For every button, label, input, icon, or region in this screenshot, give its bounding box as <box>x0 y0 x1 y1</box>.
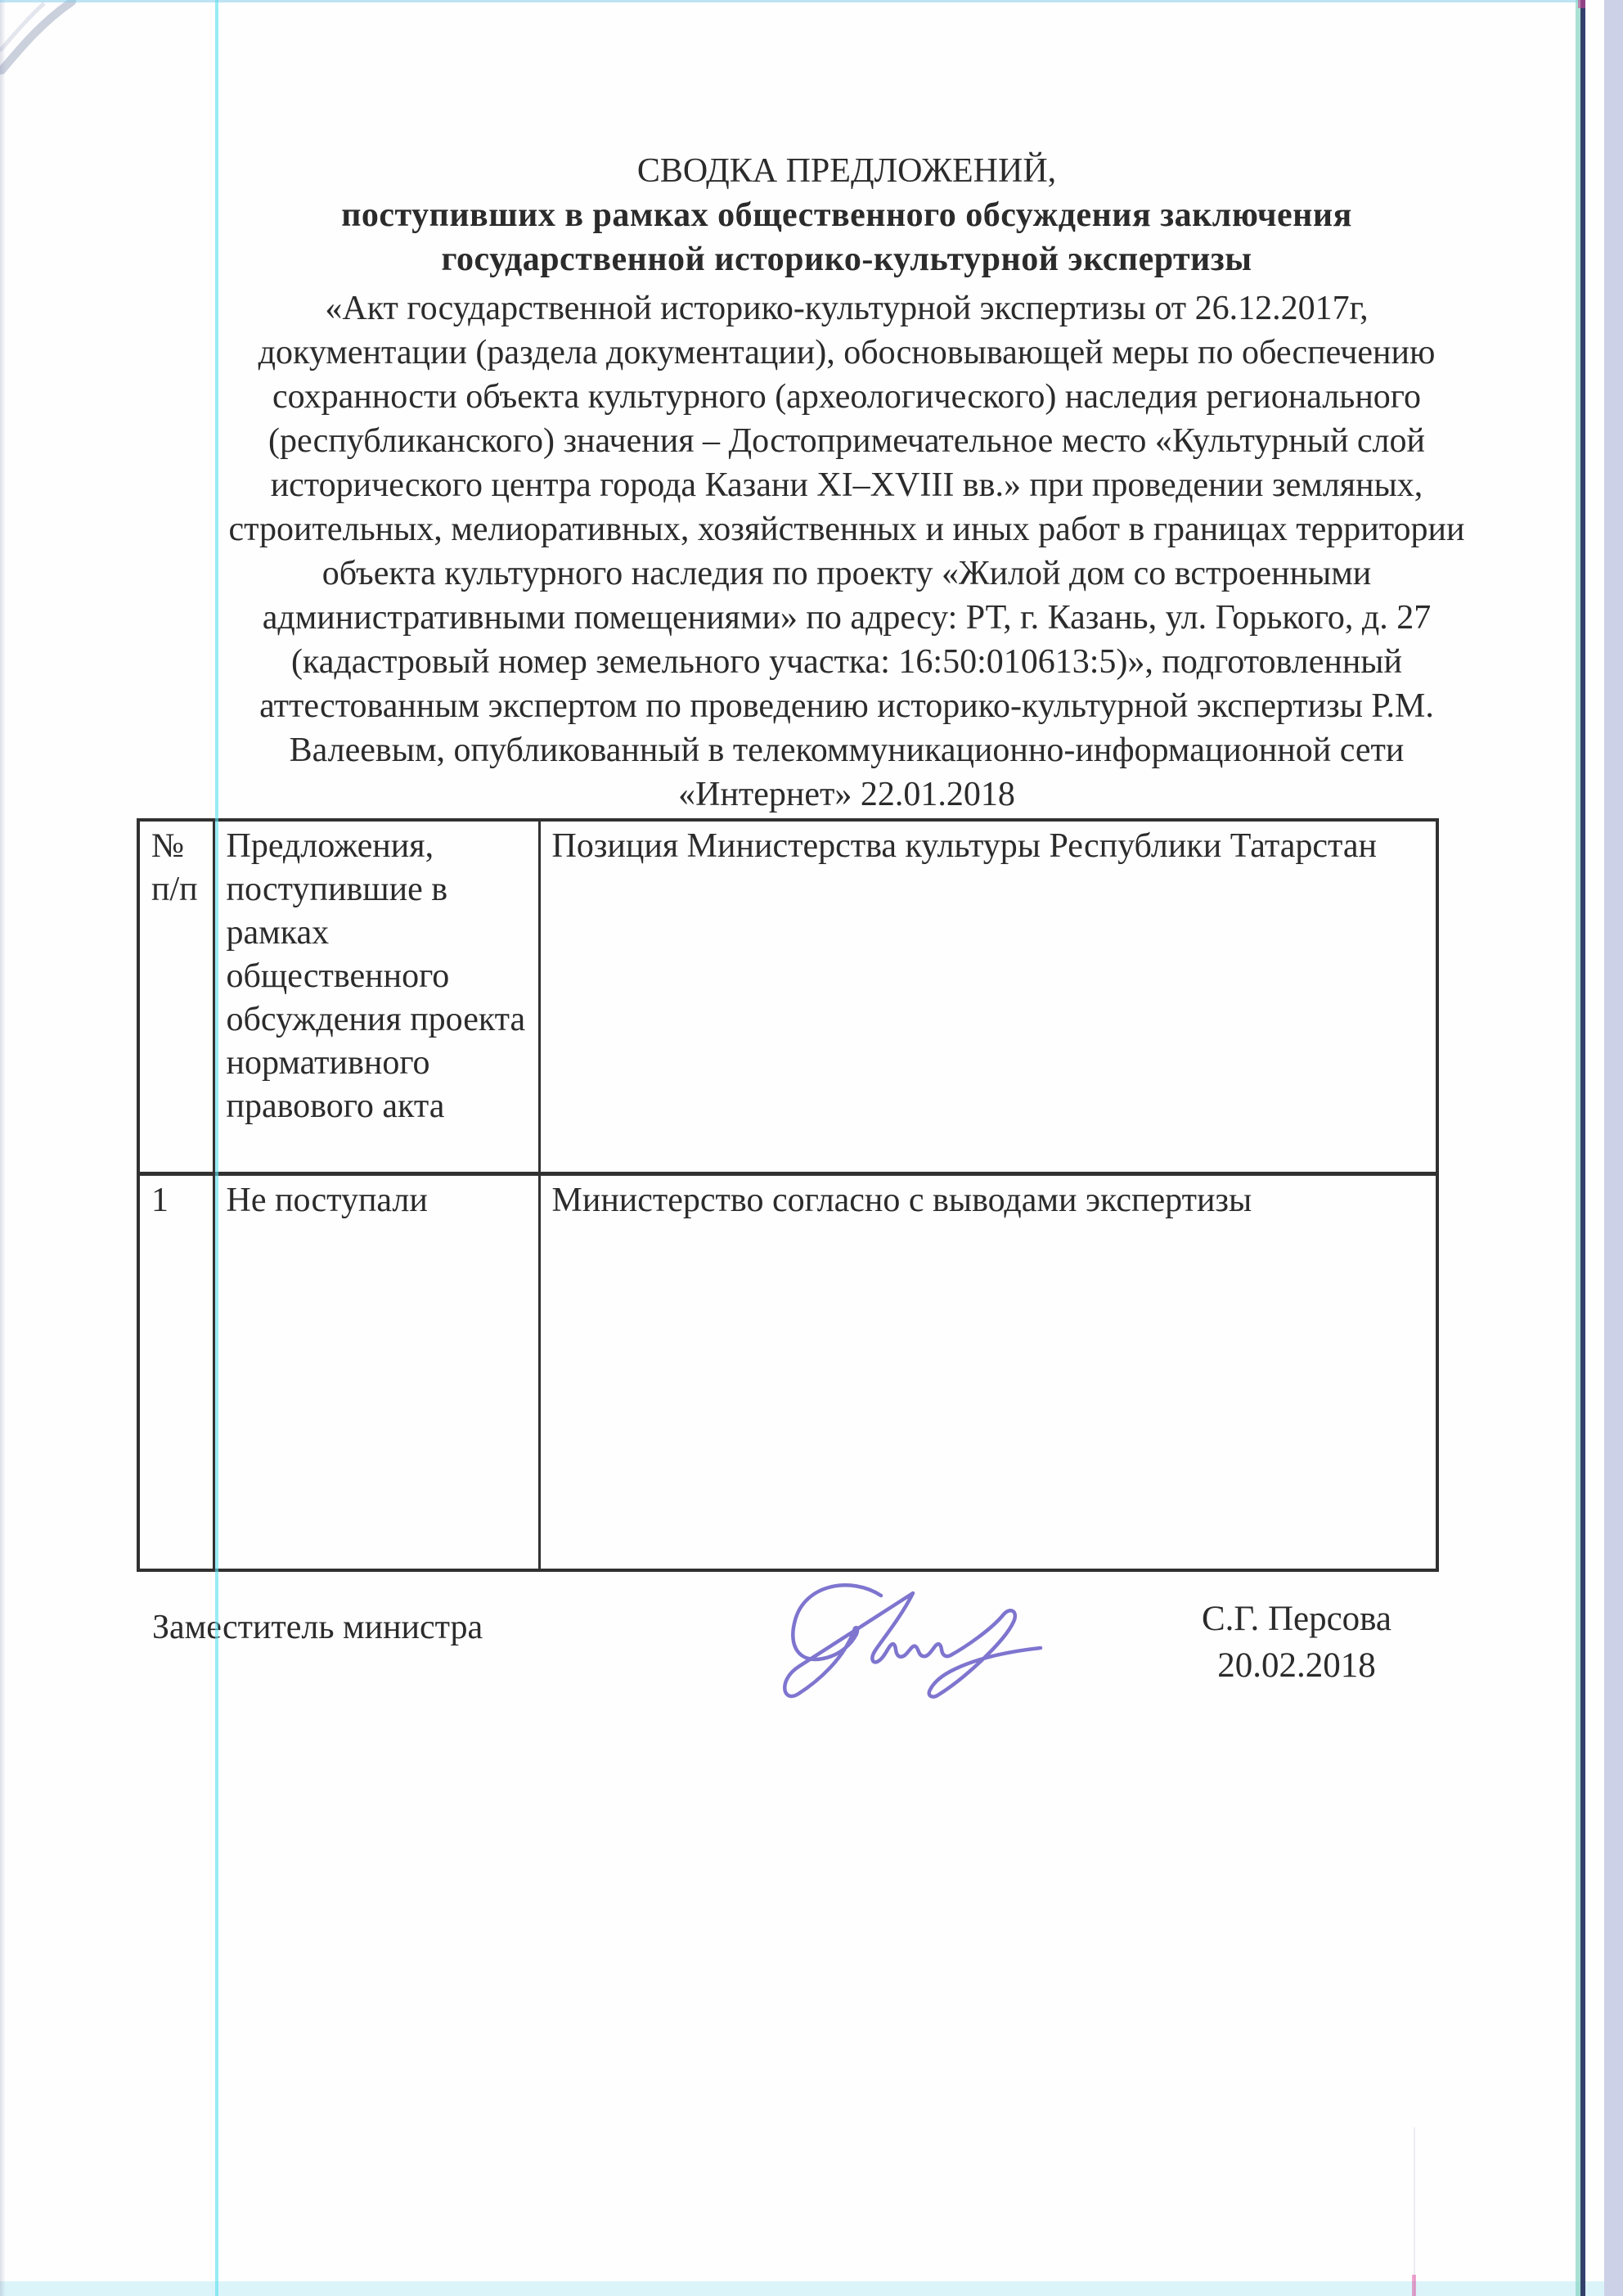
scanned-document-page: СВОДКА ПРЕДЛОЖЕНИЙ, поступивших в рамках… <box>0 0 1623 2296</box>
document-subtitle-paragraph: «Акт государственной историко-культурной… <box>168 286 1526 817</box>
table-row: 1 Не поступали Министерство согласно с в… <box>138 1174 1437 1571</box>
cell-proposals: Не поступали <box>214 1174 539 1571</box>
scan-bottom-edge-band <box>0 2281 1623 2296</box>
paragraph-line: (республиканского) значения – Достоприме… <box>168 419 1526 463</box>
page-edge-shadow-line <box>1580 0 1585 2296</box>
page-edge-green-line <box>1576 0 1580 2296</box>
paragraph-line: административными помещениями» по адресу… <box>168 596 1526 640</box>
paragraph-line: строительных, мелиоративных, хозяйственн… <box>168 507 1526 551</box>
scan-corner-fold-mark <box>0 0 90 78</box>
header-number: № п/п <box>138 820 214 1174</box>
signature-date: 20.02.2018 <box>1162 1642 1432 1689</box>
title-line-3: государственной историко-культурной эксп… <box>168 237 1526 281</box>
title-line-2: поступивших в рамках общественного обсуж… <box>168 193 1526 237</box>
paragraph-line: документации (раздела документации), обо… <box>168 331 1526 375</box>
table-header-row: № п/п Предложения, поступившие в рамках … <box>138 820 1437 1174</box>
handwritten-signature-ink <box>720 1555 1088 1800</box>
scanner-background-band <box>1604 0 1623 2296</box>
paragraph-line: «Акт государственной историко-культурной… <box>168 286 1526 331</box>
paragraph-line: «Интернет» 22.01.2018 <box>168 772 1526 817</box>
signatory-name-date: С.Г. Персова 20.02.2018 <box>1162 1596 1432 1689</box>
scan-magenta-tick-bottom <box>1412 2275 1416 2296</box>
cell-row-number: 1 <box>138 1174 214 1571</box>
header-proposals: Предложения, поступившие в рамках общест… <box>214 820 539 1174</box>
paragraph-line: сохранности объекта культурного (археоло… <box>168 375 1526 419</box>
paragraph-line: исторического центра города Казани XI–XV… <box>168 463 1526 507</box>
header-ministry-position: Позиция Министерства культуры Республики… <box>539 820 1437 1174</box>
paragraph-line: (кадастровый номер земельного участка: 1… <box>168 640 1526 684</box>
scan-left-edge-shadow <box>0 0 6 2296</box>
paragraph-line: объекта культурного наследия по проекту … <box>168 551 1526 596</box>
document-title: СВОДКА ПРЕДЛОЖЕНИЙ, поступивших в рамках… <box>168 149 1526 281</box>
signatory-name: С.Г. Персова <box>1162 1596 1432 1642</box>
scan-crease-line <box>1414 2127 1415 2296</box>
proposals-table: № п/п Предложения, поступившие в рамках … <box>137 818 1439 1572</box>
signatory-job-title: Заместитель министра <box>152 1605 483 1650</box>
title-line-1: СВОДКА ПРЕДЛОЖЕНИЙ, <box>168 149 1526 193</box>
cell-ministry-position: Министерство согласно с выводами эксперт… <box>539 1174 1437 1571</box>
scan-top-edge-line <box>0 0 1585 2</box>
scan-magenta-speck-top <box>1578 0 1585 8</box>
paragraph-line: аттестованным экспертом по проведению ис… <box>168 684 1526 728</box>
paragraph-line: Валеевым, опубликованный в телекоммуника… <box>168 728 1526 772</box>
